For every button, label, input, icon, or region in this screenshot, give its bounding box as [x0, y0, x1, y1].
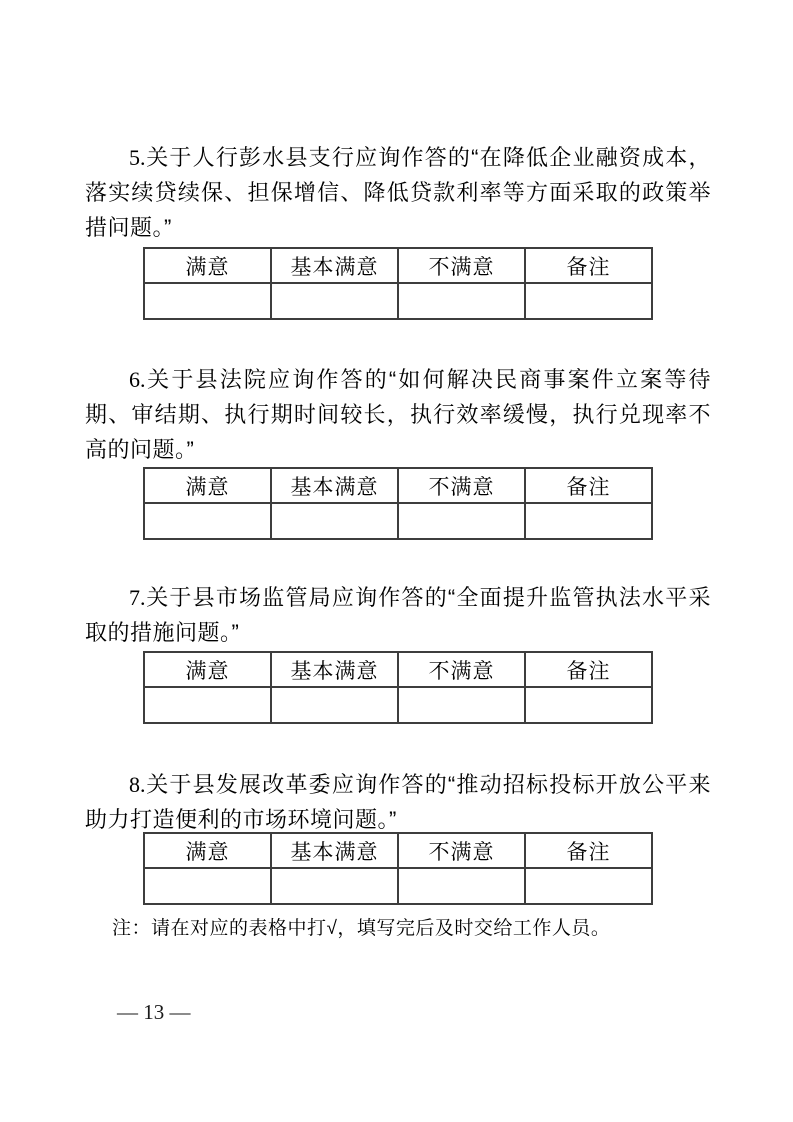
fill-instruction-note: 注：请在对应的表格中打√，填写完后及时交给工作人员。 — [112, 916, 610, 942]
table-answer-row — [144, 503, 652, 539]
table-header-row: 满意 基本满意 不满意 备注 — [144, 248, 652, 283]
answer-cell-remarks — [525, 503, 652, 539]
answer-cell-basically-satisfied — [271, 283, 398, 319]
header-cell-basically-satisfied: 基本满意 — [271, 248, 398, 283]
answer-cell-basically-satisfied — [271, 503, 398, 539]
question-7: 7.关于县市场监管局应询作答的“全面提升监管执法水平采取的措施问题。” — [85, 580, 711, 650]
header-cell-satisfied: 满意 — [144, 248, 271, 283]
question-5-text: 关于人行彭水县支行应询作答的“在降低企业融资成本，落实续贷续保、担保增信、降低贷… — [85, 145, 711, 240]
answer-cell-unsatisfied — [398, 283, 525, 319]
table-answer-row — [144, 283, 652, 319]
table-answer-row — [144, 868, 652, 904]
answer-cell-unsatisfied — [398, 503, 525, 539]
question-6: 6.关于县法院应询作答的“如何解决民商事案件立案等待期、审结期、执行期时间较长，… — [85, 362, 711, 467]
answer-cell-satisfied — [144, 687, 271, 723]
question-7-text: 关于县市场监管局应询作答的“全面提升监管执法水平采取的措施问题。” — [85, 585, 711, 645]
question-8-text: 关于县发展改革委应询作答的“推动招标投标开放公平来助力打造便利的市场环境问题。” — [85, 772, 711, 832]
header-cell-unsatisfied: 不满意 — [398, 468, 525, 503]
header-cell-remarks: 备注 — [525, 652, 652, 687]
header-cell-remarks: 备注 — [525, 833, 652, 868]
header-cell-unsatisfied: 不满意 — [398, 652, 525, 687]
table-header-row: 满意 基本满意 不满意 备注 — [144, 833, 652, 868]
table-answer-row — [144, 687, 652, 723]
satisfaction-table-q8: 满意 基本满意 不满意 备注 — [143, 832, 653, 905]
answer-cell-remarks — [525, 687, 652, 723]
answer-cell-satisfied — [144, 283, 271, 319]
header-cell-basically-satisfied: 基本满意 — [271, 652, 398, 687]
satisfaction-table-q5: 满意 基本满意 不满意 备注 — [143, 247, 653, 320]
question-6-text: 关于县法院应询作答的“如何解决民商事案件立案等待期、审结期、执行期时间较长，执行… — [85, 367, 711, 462]
question-7-number: 7. — [129, 585, 146, 610]
header-cell-remarks: 备注 — [525, 468, 652, 503]
question-6-number: 6. — [129, 367, 146, 392]
satisfaction-table-q7: 满意 基本满意 不满意 备注 — [143, 651, 653, 724]
header-cell-unsatisfied: 不满意 — [398, 833, 525, 868]
header-cell-satisfied: 满意 — [144, 833, 271, 868]
answer-cell-unsatisfied — [398, 687, 525, 723]
question-5-number: 5. — [129, 145, 146, 170]
document-page: 5.关于人行彭水县支行应询作答的“在降低企业融资成本，落实续贷续保、担保增信、降… — [0, 0, 793, 1122]
satisfaction-table-q6: 满意 基本满意 不满意 备注 — [143, 467, 653, 540]
answer-cell-satisfied — [144, 868, 271, 904]
answer-cell-satisfied — [144, 503, 271, 539]
question-8-number: 8. — [129, 772, 146, 797]
header-cell-satisfied: 满意 — [144, 652, 271, 687]
question-8: 8.关于县发展改革委应询作答的“推动招标投标开放公平来助力打造便利的市场环境问题… — [85, 767, 711, 837]
answer-cell-remarks — [525, 868, 652, 904]
answer-cell-unsatisfied — [398, 868, 525, 904]
answer-cell-remarks — [525, 283, 652, 319]
header-cell-basically-satisfied: 基本满意 — [271, 833, 398, 868]
page-number: — 13 — — [117, 1000, 191, 1025]
header-cell-unsatisfied: 不满意 — [398, 248, 525, 283]
answer-cell-basically-satisfied — [271, 687, 398, 723]
header-cell-remarks: 备注 — [525, 248, 652, 283]
header-cell-basically-satisfied: 基本满意 — [271, 468, 398, 503]
table-header-row: 满意 基本满意 不满意 备注 — [144, 468, 652, 503]
question-5: 5.关于人行彭水县支行应询作答的“在降低企业融资成本，落实续贷续保、担保增信、降… — [85, 140, 711, 245]
answer-cell-basically-satisfied — [271, 868, 398, 904]
table-header-row: 满意 基本满意 不满意 备注 — [144, 652, 652, 687]
header-cell-satisfied: 满意 — [144, 468, 271, 503]
